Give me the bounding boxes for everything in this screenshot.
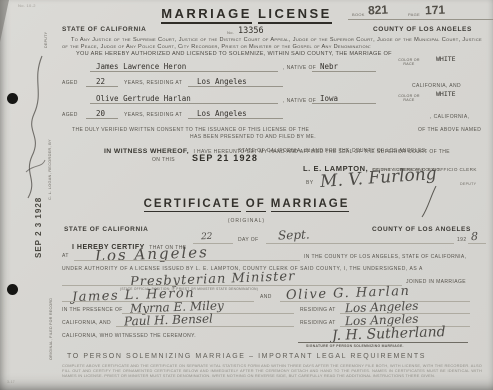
years-residing-label: YEARS, RESIDING AT — [124, 112, 182, 118]
bottom-corner-note: 3-17 — [7, 380, 15, 384]
color-race-label: COLOR OR RACE — [398, 94, 420, 102]
deputy-label: DEPUTY — [460, 182, 476, 186]
certificate-title: CERTIFICATEOFMARRIAGE — [0, 198, 493, 210]
margin-recorder-line: C. L. LOGAN, RECORDER, BY — [48, 139, 52, 200]
place-line — [74, 260, 300, 261]
year-prefix: 192 — [457, 237, 467, 243]
at-label: AT — [62, 253, 69, 259]
cert-month: Sept. — [278, 227, 310, 242]
cert-place: Los Angeles — [95, 243, 209, 265]
bride-age: 20 — [96, 109, 105, 118]
marriage-license-document: No. 10-2 DEPUTY C. L. LOGAN, RECORDER, B… — [0, 0, 493, 390]
groom-name-line — [90, 71, 278, 72]
cert-day: 22 — [201, 232, 213, 242]
book-number: 821 — [368, 2, 389, 17]
cert-year-digit: 8 — [471, 230, 478, 243]
bride-age-line — [86, 118, 118, 119]
groom-native-of: Nebr — [320, 62, 338, 71]
license-no-value: 13356 — [238, 26, 264, 36]
county-heading: COUNTY OF LOS ANGELES — [373, 26, 472, 33]
groom-state-label: CALIFORNIA, AND — [412, 83, 461, 89]
margin-deputy-label: DEPUTY — [44, 32, 48, 48]
california-and-label: CALIFORNIA, AND — [62, 320, 111, 326]
presence-label: IN THE PRESENCE OF — [62, 307, 123, 313]
bride-name: Olive Gertrude Harlan — [96, 94, 191, 103]
hole-punch — [7, 93, 18, 104]
bride-race: WHITE — [436, 90, 456, 98]
bride-name-line — [90, 103, 278, 104]
cert-county-heading: COUNTY OF LOS ANGELES — [372, 226, 471, 233]
title-word: LICENSE — [258, 6, 332, 24]
day-of-label: DAY OF — [238, 237, 259, 243]
authorization-paragraph: To Any Justice of the Supreme Court, Jus… — [62, 37, 482, 51]
groom-name: James Lawrence Heron — [96, 62, 186, 71]
authorization-final-line: YOU ARE HEREBY AUTHORIZED AND LICENSED T… — [76, 51, 482, 58]
bride-residence-line — [188, 118, 283, 119]
groom-race: WHITE — [436, 55, 456, 63]
license-no-label: No. — [227, 30, 234, 35]
license-date-stamp: SEP 21 1928 — [192, 153, 258, 163]
hole-punch — [7, 284, 18, 295]
bride-native-line — [312, 103, 376, 104]
month-line — [266, 243, 454, 244]
on-this-label: ON THIS — [152, 157, 175, 163]
certificate-title-word: CERTIFICATE — [144, 198, 241, 212]
groom-residence-line — [188, 86, 283, 87]
solemnizer-signature: J. H. Sutherland — [332, 324, 446, 344]
bride-state-label: , CALIFORNIA, — [430, 114, 469, 120]
groom-age-line — [86, 86, 118, 87]
title-word: MARRIAGE — [161, 6, 252, 24]
witnessed-label: CALIFORNIA, WHO WITNESSED THE CEREMONY. — [62, 333, 196, 339]
legal-fine-print: COMPLETE ABOVE CERTIFICATE AND THE CERTI… — [62, 364, 482, 378]
legal-header: TO PERSON SOLEMNIZING MARRIAGE – IMPORTA… — [0, 353, 493, 360]
consent-line1-right: OF THE ABOVE NAMED — [418, 127, 481, 133]
margin-filed-note: ORIGINAL, FILED FOR RECORD — [49, 298, 53, 360]
groom-age: 22 — [96, 77, 105, 86]
witness-whereof-bold: IN WITNESS WHEREOF, — [104, 148, 189, 155]
groom-residence: Los Angeles — [197, 77, 247, 86]
aged-label: AGED — [62, 112, 78, 118]
state-heading: STATE OF CALIFORNIA — [62, 26, 146, 33]
residing-at-label: RESIDING AT — [300, 307, 336, 313]
bride-residence: Los Angeles — [197, 109, 247, 118]
book-label: BOOK — [352, 12, 365, 17]
certificate-subtitle: (ORIGINAL) — [0, 218, 493, 224]
joined-label: JOINED IN MARRIAGE — [406, 279, 466, 285]
certificate-title-word: OF — [246, 198, 266, 212]
cert-state-heading: STATE OF CALIFORNIA — [64, 226, 148, 233]
bride-native-of: Iowa — [320, 94, 338, 103]
years-residing-label: YEARS, RESIDING AT — [124, 80, 182, 86]
year-line — [468, 243, 486, 244]
residing-at-label: RESIDING AT — [300, 320, 336, 326]
page-label: PAGE — [408, 12, 420, 17]
and-label: AND — [260, 294, 272, 300]
witness-line2: STATE OF CALIFORNIA, IN AND FOR THE COUN… — [238, 148, 427, 154]
aged-label: AGED — [62, 80, 78, 86]
recorder-deputy-signature — [22, 52, 48, 202]
consent-line1: THE DULY VERIFIED WRITTEN CONSENT TO THE… — [72, 127, 309, 133]
solemnizer-line — [298, 342, 468, 343]
page-number: 171 — [425, 3, 446, 18]
groom-native-line — [312, 71, 376, 72]
by-label: BY — [306, 180, 313, 186]
witness2-line — [116, 326, 294, 327]
signature-caption: SIGNATURE OF PERSON SOLEMNIZING MARRIAGE… — [306, 344, 404, 348]
certificate-title-word: MARRIAGE — [271, 198, 350, 212]
place-suffix: IN THE COUNTY OF LOS ANGELES, STATE OF C… — [304, 254, 466, 260]
header-rule — [348, 19, 493, 20]
color-race-label: COLOR OR RACE — [398, 58, 420, 66]
